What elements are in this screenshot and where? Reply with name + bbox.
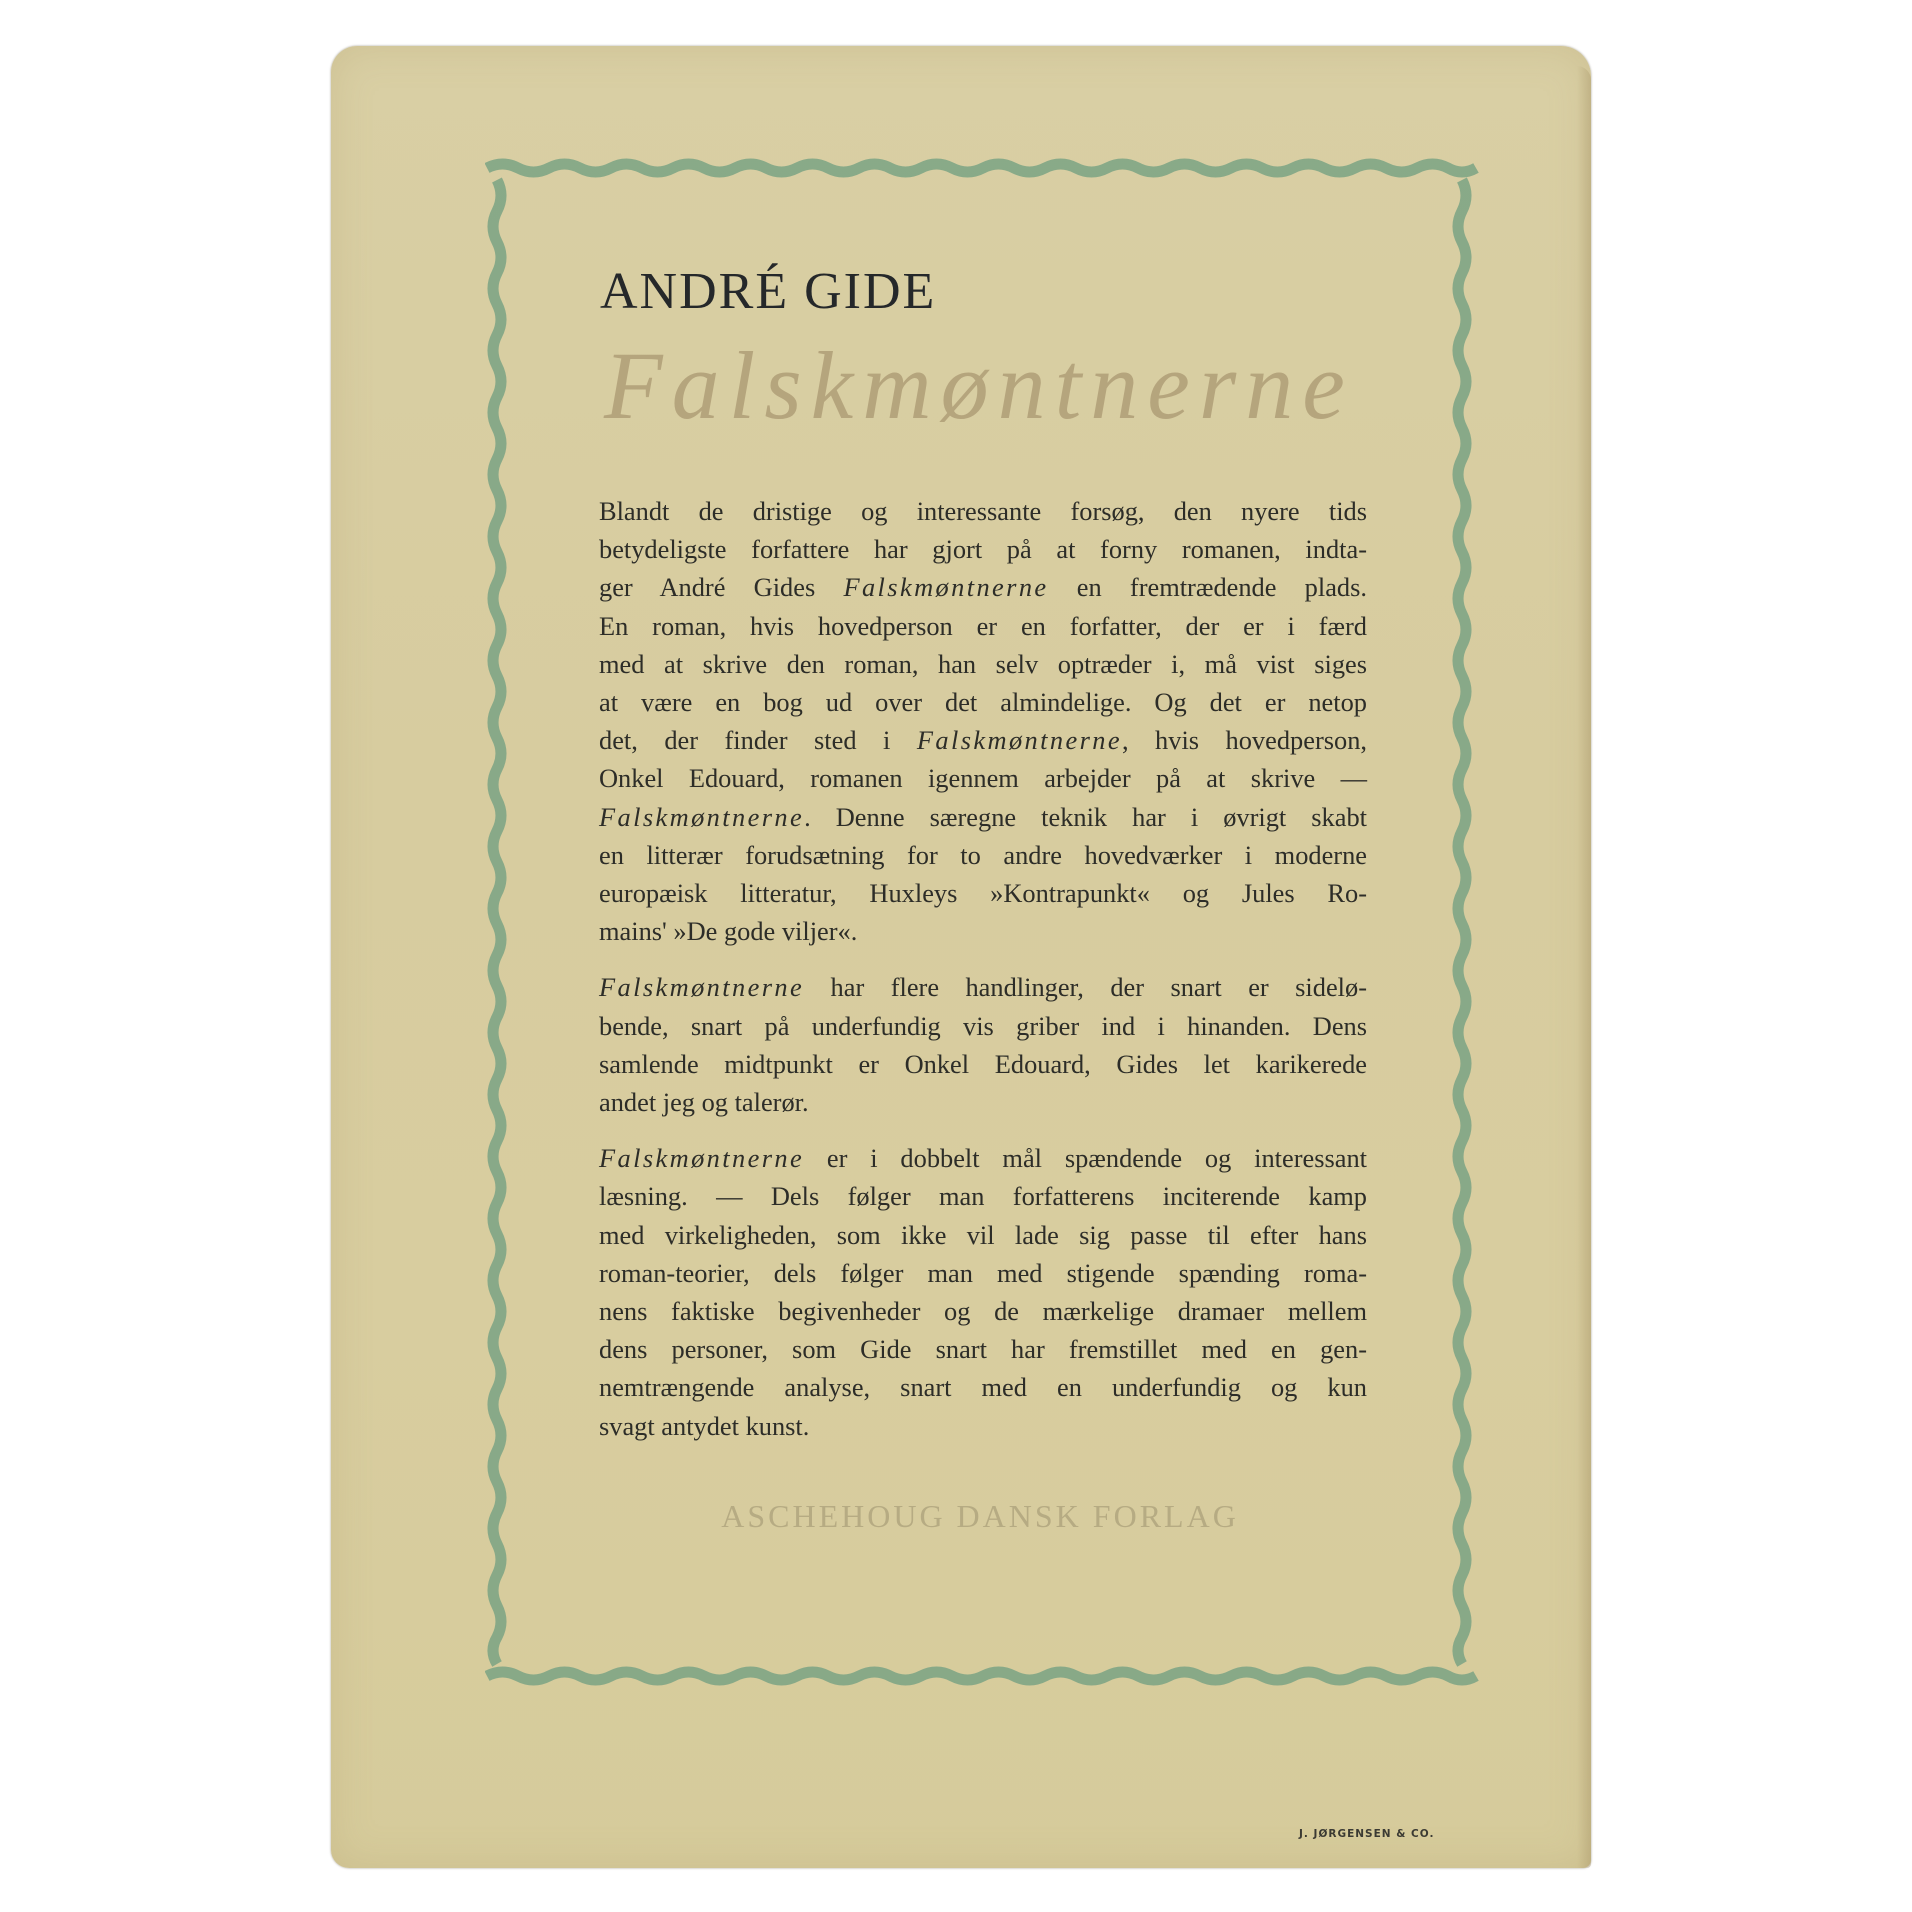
text-line: andet jeg og talerør.	[599, 1083, 1367, 1121]
text-run: en litterær forudsætning for to andre ho…	[599, 840, 1367, 870]
text-line: dens personer, som Gide snart har fremst…	[599, 1330, 1367, 1368]
text-line: betydeligste forfattere har gjort på at …	[599, 530, 1367, 568]
text-run: nemtrængende analyse, snart med en under…	[599, 1372, 1367, 1402]
text-line: ger André Gides Falskmøntnerne en fremtr…	[599, 568, 1367, 606]
text-line: samlende midtpunkt er Onkel Edouard, Gid…	[599, 1045, 1367, 1083]
italic-book-title: Falskmøntnerne	[599, 802, 804, 832]
text-line: læsning. — Dels følger man forfatterens …	[599, 1177, 1367, 1215]
printer-imprint: J. JØRGENSEN & CO.	[1299, 1828, 1434, 1840]
text-run: med at skrive den roman, han selv optræd…	[599, 649, 1367, 679]
italic-book-title: Falskmøntnerne	[599, 972, 804, 1002]
blurb-paragraph: Blandt de dristige og interessante forsø…	[599, 492, 1367, 950]
text-line: bende, snart på underfundig vis griber i…	[599, 1007, 1367, 1045]
text-run: har flere handlinger, der snart er sidel…	[804, 972, 1367, 1002]
text-run: . Denne særegne teknik har i øvrigt skab…	[804, 802, 1367, 832]
text-run: samlende midtpunkt er Onkel Edouard, Gid…	[599, 1049, 1367, 1079]
text-run: svagt antydet kunst.	[599, 1411, 809, 1441]
blurb-paragraph: Falskmøntnerne har flere handlinger, der…	[599, 968, 1367, 1121]
text-run: at være en bog ud over det almindelige. …	[599, 687, 1367, 717]
text-line: nens faktiske begivenheder og de mærkeli…	[599, 1292, 1367, 1330]
book-title: Falskmøntnerne	[604, 330, 1354, 441]
text-run: roman-teorier, dels følger man med stige…	[599, 1258, 1367, 1288]
text-line: europæisk litteratur, Huxleys »Kontrapun…	[599, 874, 1367, 912]
text-run: europæisk litteratur, Huxleys »Kontrapun…	[599, 878, 1367, 908]
text-run: En roman, hvis hovedperson er en forfatt…	[599, 611, 1367, 641]
text-line: roman-teorier, dels følger man med stige…	[599, 1254, 1367, 1292]
text-line: Falskmøntnerne har flere handlinger, der…	[599, 968, 1367, 1006]
text-run: , hvis hovedperson,	[1122, 725, 1367, 755]
text-run: ger André Gides	[599, 572, 843, 602]
text-run: læsning. — Dels følger man forfatterens …	[599, 1181, 1367, 1211]
blurb-text: Blandt de dristige og interessante forsø…	[599, 492, 1367, 1463]
author-name: ANDRÉ GIDE	[600, 262, 936, 321]
blurb-paragraph: Falskmøntnerne er i dobbelt mål spændend…	[599, 1139, 1367, 1445]
text-run: Blandt de dristige og interessante forsø…	[599, 496, 1367, 526]
text-run: dens personer, som Gide snart har fremst…	[599, 1334, 1367, 1364]
text-line: nemtrængende analyse, snart med en under…	[599, 1368, 1367, 1406]
text-run: andet jeg og talerør.	[599, 1087, 809, 1117]
text-run: mains' »De gode viljer«.	[599, 916, 857, 946]
text-run: bende, snart på underfundig vis griber i…	[599, 1011, 1367, 1041]
text-line: en litterær forudsætning for to andre ho…	[599, 836, 1367, 874]
text-run: det, der finder sted i	[599, 725, 917, 755]
text-line: Falskmøntnerne. Denne særegne teknik har…	[599, 798, 1367, 836]
text-line: med at skrive den roman, han selv optræd…	[599, 645, 1367, 683]
text-line: at være en bog ud over det almindelige. …	[599, 683, 1367, 721]
text-run: nens faktiske begivenheder og de mærkeli…	[599, 1296, 1367, 1326]
italic-book-title: Falskmøntnerne	[843, 572, 1048, 602]
publisher-name: ASCHEHOUG DANSK FORLAG	[680, 1498, 1280, 1535]
text-line: svagt antydet kunst.	[599, 1407, 1367, 1445]
italic-book-title: Falskmøntnerne	[917, 725, 1122, 755]
italic-book-title: Falskmøntnerne	[599, 1143, 804, 1173]
text-run: betydeligste forfattere har gjort på at …	[599, 534, 1367, 564]
text-line: det, der finder sted i Falskmøntnerne, h…	[599, 721, 1367, 759]
text-run: med virkeligheden, som ikke vil lade sig…	[599, 1220, 1367, 1250]
text-line: Falskmøntnerne er i dobbelt mål spændend…	[599, 1139, 1367, 1177]
text-line: Onkel Edouard, romanen igennem arbejder …	[599, 759, 1367, 797]
text-line: mains' »De gode viljer«.	[599, 912, 1367, 950]
text-line: En roman, hvis hovedperson er en forfatt…	[599, 607, 1367, 645]
text-run: en fremtrædende plads.	[1049, 572, 1367, 602]
text-line: med virkeligheden, som ikke vil lade sig…	[599, 1216, 1367, 1254]
text-line: Blandt de dristige og interessante forsø…	[599, 492, 1367, 530]
text-run: er i dobbelt mål spændende og interessan…	[804, 1143, 1367, 1173]
text-run: Onkel Edouard, romanen igennem arbejder …	[599, 763, 1367, 793]
